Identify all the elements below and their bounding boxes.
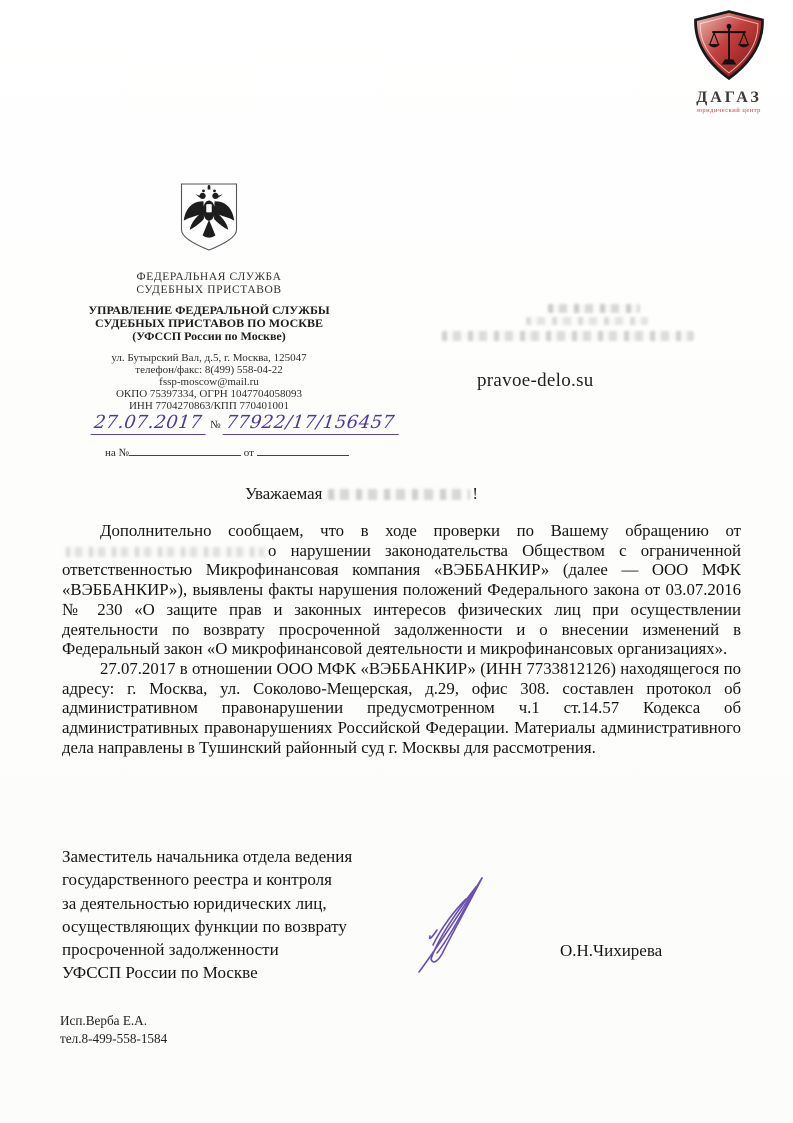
agency-top-line2: СУДЕБНЫХ ПРИСТАВОВ	[59, 284, 359, 297]
agency-top-line1: ФЕДЕРАЛЬНАЯ СЛУЖБА	[59, 271, 359, 284]
recipient-block-redacted	[440, 298, 710, 358]
signer-name: О.Н.Чихирева	[560, 941, 662, 961]
agency-top-name: ФЕДЕРАЛЬНАЯ СЛУЖБА СУДЕБНЫХ ПРИСТАВОВ	[59, 271, 359, 296]
reference-line: 27.07.2017№77922/17/156457	[92, 412, 382, 435]
logo-name: ДАГАЗ	[681, 89, 777, 107]
greeting-prefix: Уважаемая	[245, 484, 322, 503]
scales-of-justice-icon	[690, 8, 768, 82]
handwritten-date: 27.07.2017	[91, 412, 209, 435]
signatory-title-block: Заместитель начальника отдела ведения го…	[62, 845, 432, 985]
paragraph-1-start: Дополнительно сообщаем, что в ходе прове…	[100, 521, 741, 540]
letterhead-contacts: ул. Бутырский Вал, д.5, г. Москва, 12504…	[59, 353, 359, 413]
dagaz-logo: ДАГАЗ юридический центр	[681, 8, 777, 114]
contact-inn-kpp: ИНН 7704270863/КПП 770401001	[59, 401, 359, 413]
coat-of-arms-icon	[176, 182, 242, 252]
redacted-recipient-line1	[548, 304, 640, 313]
watermark-text: pravoe-delo.su	[477, 370, 594, 392]
scanned-letter-page: ДАГАЗ юридический центр ФЕД	[0, 0, 793, 1123]
signatory-title-line5: просроченной задолженности	[62, 938, 432, 961]
letter-body: Дополнительно сообщаем, что в ходе прове…	[62, 521, 741, 757]
logo-tagline: юридический центр	[681, 107, 777, 114]
greeting-suffix: !	[472, 484, 478, 503]
contact-okpo-ogrn: ОКПО 75397334, ОГРН 1047704058093	[59, 389, 359, 401]
reply-number-blank	[129, 446, 241, 456]
signatory-title-line6: УФССП России по Москве	[62, 961, 432, 984]
signatory-title-line2: государственного реестра и контроля	[62, 868, 432, 891]
paragraph-1: Дополнительно сообщаем, что в ходе прове…	[62, 521, 741, 659]
reply-date-blank	[257, 446, 349, 456]
executor-name: Исп.Верба Е.А.	[60, 1012, 167, 1030]
letterhead: ФЕДЕРАЛЬНАЯ СЛУЖБА СУДЕБНЫХ ПРИСТАВОВ УП…	[59, 182, 359, 413]
redacted-appeal-reference	[66, 547, 264, 557]
redacted-recipient-line3	[442, 331, 694, 341]
signatory-title-line3: за деятельностью юридических лиц,	[62, 892, 432, 915]
reply-prefix: на №	[105, 447, 129, 459]
reply-from-label: от	[244, 447, 254, 459]
reply-reference-line: на № от	[105, 446, 349, 459]
redacted-recipient-line2	[526, 317, 648, 325]
handwritten-number: 77922/17/156457	[222, 412, 400, 435]
contact-email: fssp-moscow@mail.ru	[59, 377, 359, 389]
executor-phone: тел.8-499-558-1584	[60, 1030, 167, 1048]
agency-main-line3: (УФССП России по Москве)	[59, 330, 359, 343]
handwritten-signature	[403, 866, 503, 981]
redacted-addressee-name	[328, 489, 470, 500]
greeting-line: Уважаемая!	[245, 484, 478, 504]
executor-block: Исп.Верба Е.А. тел.8-499-558-1584	[60, 1012, 167, 1047]
agency-main-name: УПРАВЛЕНИЕ ФЕДЕРАЛЬНОЙ СЛУЖБЫ СУДЕБНЫХ П…	[59, 304, 359, 343]
signatory-title-line4: осуществляющих функции по возврату	[62, 915, 432, 938]
paragraph-2: 27.07.2017 в отношении ООО МФК «ВЭББАНКИ…	[62, 659, 741, 758]
paragraph-1-rest: о нарушении законодательства Обществом с…	[62, 541, 741, 659]
number-sign: №	[207, 419, 224, 431]
signatory-title-line1: Заместитель начальника отдела ведения	[62, 845, 432, 868]
